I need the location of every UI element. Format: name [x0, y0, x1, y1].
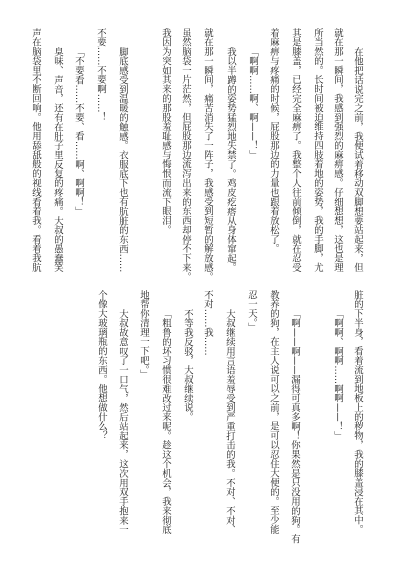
dialogue-column: 「啊——啊——漏得可真多啊！你果然是只没用的狗。有 [289, 309, 299, 544]
bottom-text-block: 脏的下半身，看着流到地板上的秽物，我的膝盖浸在其中。 「啊啊、啊啊……啊啊——！… [0, 0, 400, 566]
dialogue-column-continued: 教养的狗，在主人说可以之前，是可以忍住大便的。至少能 [268, 290, 278, 534]
dialogue-column-continued: 忍一天。」 [246, 290, 256, 332]
dialogue-column: 「粗鲁的坏习惯很难改过来呢。趁这个机会，我来彻底 [160, 309, 170, 534]
dialogue-column: 「啊啊、啊啊……啊啊——！」 [332, 309, 342, 440]
dialogue-column-continued: 地帮你清理一下吧。」 [138, 290, 148, 379]
novel-page: 在他把话说完之前，我便试着移动双脚想要站起来，但 就在那一瞬间，我感到强烈的麻痹… [0, 0, 400, 566]
text-column: 脏的下半身，看着流到地板上的秽物，我的膝盖浸在其中。 [352, 290, 362, 534]
text-column: 不对……我…… [202, 290, 212, 356]
text-column-paragraph-start: 不等我反驳，大叔继续说。 [182, 309, 192, 422]
text-column-paragraph-start: 大叔故意叹了一口气，然后站起来，这次用双手抱来一 [117, 309, 127, 534]
text-column: 个像大玻璃瓶的东西。他想做什么？ [96, 290, 106, 440]
text-column-paragraph-start: 大叔继续用言语羞辱受到严重打击的我。不对、不对、 [224, 309, 234, 534]
